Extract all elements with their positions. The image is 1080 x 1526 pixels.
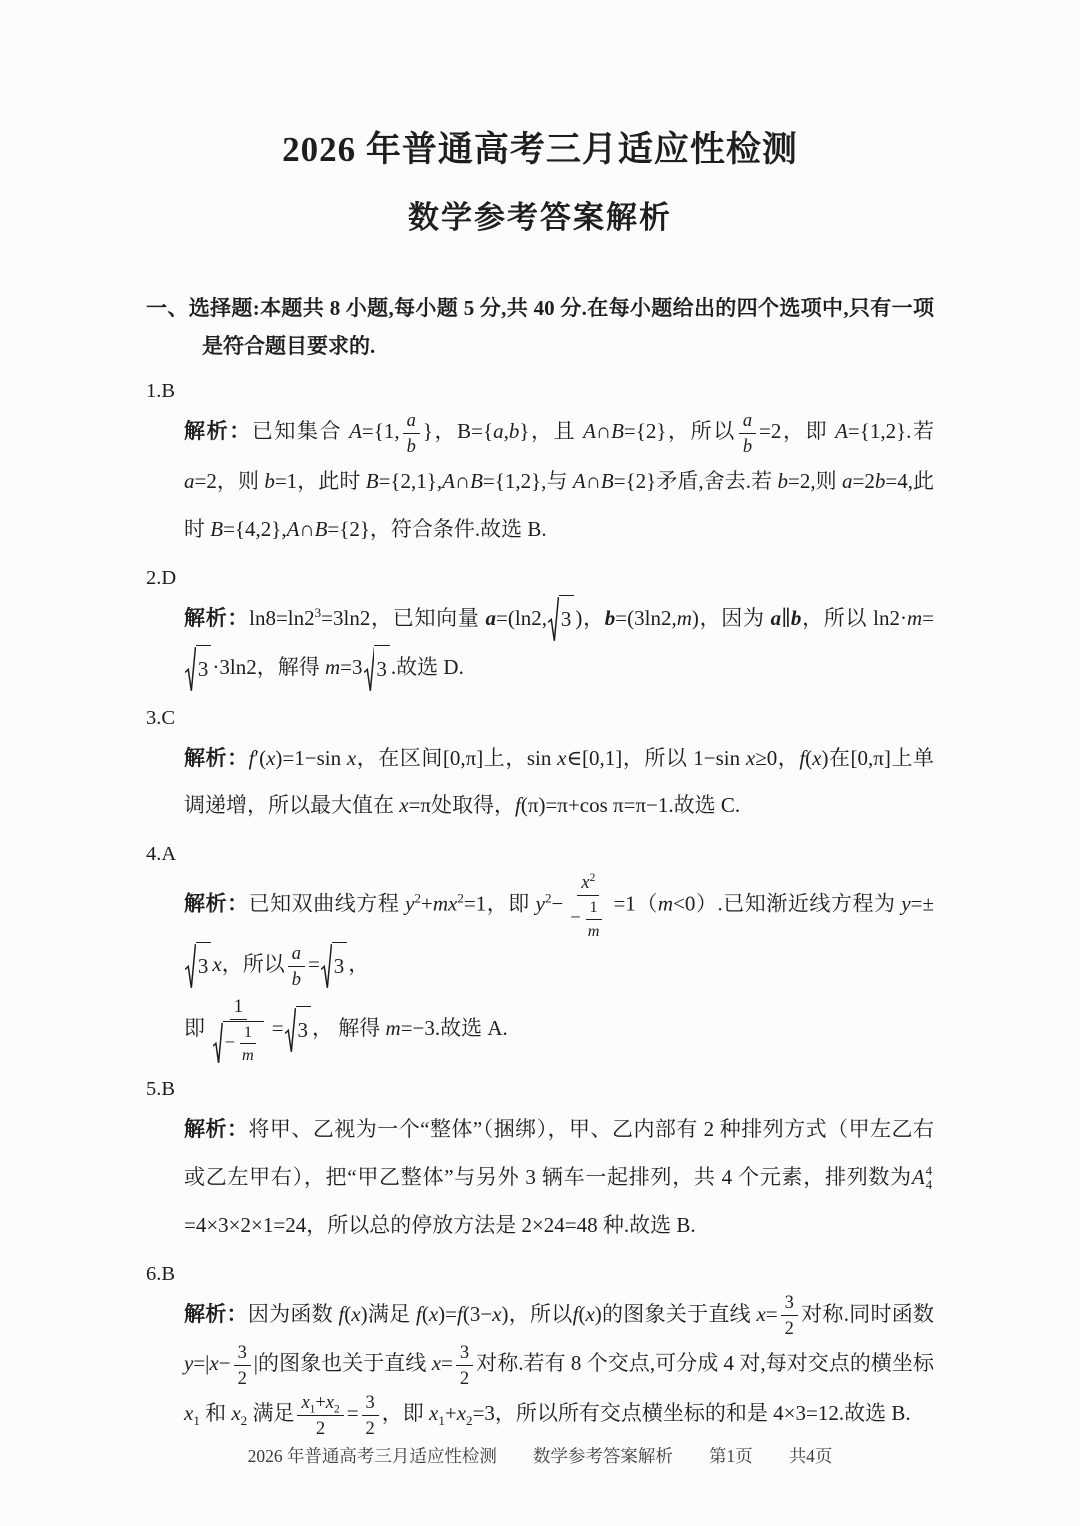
explanation-paragraph: 解析：f′(x)=1−sin x，在区间[0,π]上，sin x∈[0,1]，所…	[184, 735, 934, 831]
answer-label: 3.C	[146, 702, 934, 735]
exam-answer-page: 2026 年普通高考三月适应性检测 数学参考答案解析 一、选择题:本题共 8 小…	[0, 0, 1080, 1526]
question-6: 6.B 解析：因为函数 f(x)满足 f(x)=f(3−x)，所以f(x)的图象…	[146, 1258, 934, 1440]
footer-exam-title: 2026 年普通高考三月适应性检测	[248, 1443, 497, 1468]
question-4: 4.A 解析：已知双曲线方程 y2+mx2=1，即 y2−x2−1m=1（m<0…	[146, 838, 934, 1065]
page-subtitle: 数学参考答案解析	[0, 192, 1080, 237]
question-1: 1.B 解析：已知集合 A={1,ab}，B={a,b}，且 A∩B={2}，所…	[146, 375, 934, 553]
answer-label: 4.A	[146, 838, 934, 871]
section-heading-multiple-choice: 一、选择题:本题共 8 小题,每小题 5 分,共 40 分.在每小题给出的四个选…	[146, 289, 934, 365]
footer-page-number: 第1页	[709, 1443, 753, 1468]
explanation-display-formula: 即1−1m=3， 解得 m=−3.故选 A.	[184, 995, 934, 1066]
footer-doc-title: 数学参考答案解析	[533, 1443, 673, 1468]
page-title: 2026 年普通高考三月适应性检测	[0, 0, 1080, 172]
answer-label: 5.B	[146, 1073, 934, 1106]
explanation-paragraph: 解析：已知双曲线方程 y2+mx2=1，即 y2−x2−1m=1（m<0）.已知…	[184, 871, 934, 991]
page-footer: 2026 年普通高考三月适应性检测 数学参考答案解析 第1页 共4页	[0, 1443, 1080, 1468]
explanation-paragraph: 解析：因为函数 f(x)满足 f(x)=f(3−x)，所以f(x)的图象关于直线…	[184, 1291, 934, 1440]
explanation-paragraph: 解析：已知集合 A={1,ab}，B={a,b}，且 A∩B={2}，所以ab=…	[184, 408, 934, 554]
explanation-paragraph: 解析：ln8=ln23=3ln2，已知向量 a=(ln2,3)，b=(3ln2,…	[184, 595, 934, 694]
question-3: 3.C 解析：f′(x)=1−sin x，在区间[0,π]上，sin x∈[0,…	[146, 702, 934, 831]
explanation-paragraph: 解析：将甲、乙视为一个“整体”（捆绑），甲、乙内部有 2 种排列方式（甲左乙右或…	[184, 1106, 934, 1250]
question-2: 2.D 解析：ln8=ln23=3ln2，已知向量 a=(ln2,3)，b=(3…	[146, 562, 934, 694]
answer-label: 2.D	[146, 562, 934, 595]
question-5: 5.B 解析：将甲、乙视为一个“整体”（捆绑），甲、乙内部有 2 种排列方式（甲…	[146, 1073, 934, 1249]
footer-page-total: 共4页	[789, 1443, 833, 1468]
answer-label: 1.B	[146, 375, 934, 408]
answer-content: 一、选择题:本题共 8 小题,每小题 5 分,共 40 分.在每小题给出的四个选…	[0, 237, 1080, 1440]
answer-label: 6.B	[146, 1258, 934, 1291]
